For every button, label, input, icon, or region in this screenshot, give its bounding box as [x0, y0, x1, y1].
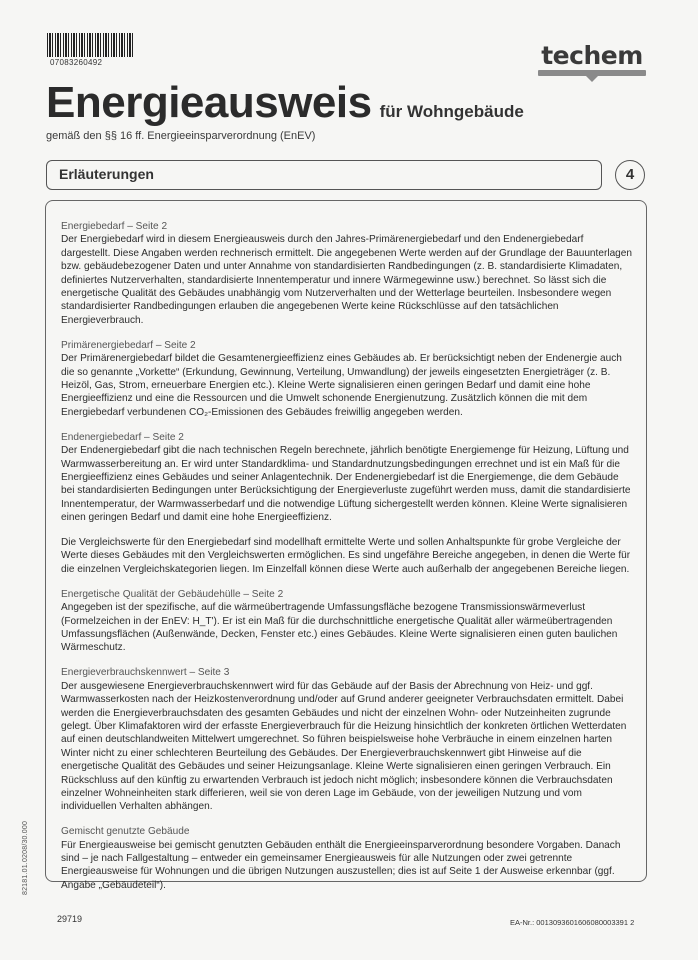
block-text: Für Energieausweise bei gemischt genutzt… [61, 839, 633, 893]
block-heading: Primärenergiebedarf – Seite 2 [61, 339, 633, 352]
footer-number: 29719 [57, 914, 82, 924]
block-heading: Energetische Qualität der Gebäudehülle –… [61, 588, 633, 601]
section-header: Erläuterungen [46, 160, 602, 190]
block-text: Die Vergleichswerte für den Energiebedar… [61, 536, 633, 576]
barcode [47, 33, 133, 57]
block-heading: Energieverbrauchskennwert – Seite 3 [61, 666, 633, 679]
barcode-number: 07083260492 [50, 58, 102, 67]
techem-logo: techem [536, 42, 648, 84]
page-number-badge: 4 [615, 160, 645, 190]
block-primaerenergiebedarf: Primärenergiebedarf – Seite 2 Der Primär… [61, 339, 633, 419]
document-subtitle: gemäß den §§ 16 ff. Energieeinsparverord… [46, 130, 315, 142]
block-text: Der ausgewiesene Energieverbrauchskennwe… [61, 680, 633, 814]
block-text: Angegeben ist der spezifische, auf die w… [61, 601, 633, 655]
logo-notch [584, 74, 600, 82]
block-gemischt-genutzt: Gemischt genutzte Gebäude Für Energieaus… [61, 825, 633, 892]
section-title: Erläuterungen [59, 166, 154, 182]
block-heading: Energiebedarf – Seite 2 [61, 220, 633, 233]
block-gebaeudehuelle: Energetische Qualität der Gebäudehülle –… [61, 588, 633, 655]
block-energieverbrauchskennwert: Energieverbrauchskennwert – Seite 3 Der … [61, 666, 633, 813]
block-energiebedarf: Energiebedarf – Seite 2 Der Energiebedar… [61, 220, 633, 327]
ea-number: EA-Nr.: 0013093601606080003391 2 [510, 918, 634, 927]
block-text: Der Energiebedarf wird in diesem Energie… [61, 233, 633, 327]
logo-text: techem [536, 42, 648, 70]
document-title: Energieausweisfür Wohngebäude [46, 78, 524, 137]
form-code-vertical: 82181.01.0208/30.000 [22, 821, 29, 895]
title-main: Energieausweis [46, 78, 372, 127]
block-text: Der Endenergiebedarf gibt die nach techn… [61, 444, 633, 524]
block-vergleichswerte: Die Vergleichswerte für den Energiebedar… [61, 536, 633, 576]
title-suffix: für Wohngebäude [380, 102, 524, 121]
block-endenergiebedarf: Endenergiebedarf – Seite 2 Der Endenergi… [61, 431, 633, 525]
block-heading: Endenergiebedarf – Seite 2 [61, 431, 633, 444]
explanations-content: Energiebedarf – Seite 2 Der Energiebedar… [61, 220, 633, 904]
block-text: Der Primärenergiebedarf bildet die Gesam… [61, 352, 633, 419]
block-heading: Gemischt genutzte Gebäude [61, 825, 633, 838]
